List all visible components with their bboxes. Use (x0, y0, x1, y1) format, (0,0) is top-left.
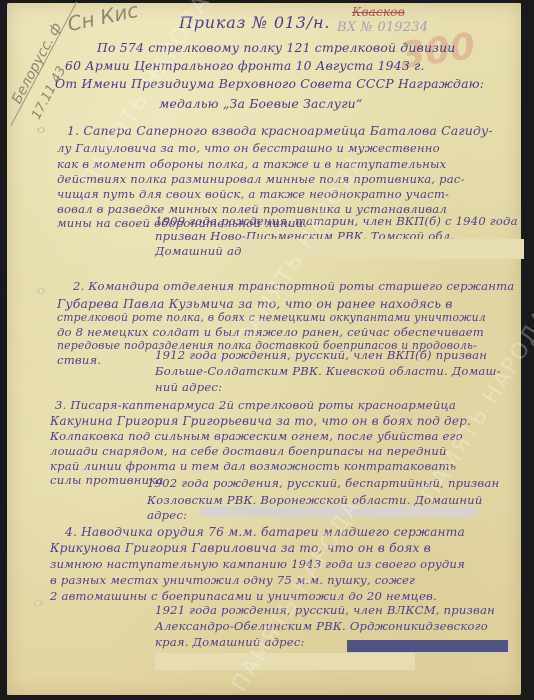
header-line-3: От Имени Президиума Верховного Совета СС… (55, 76, 484, 91)
scan-border (0, 695, 534, 700)
header-line-1: По 574 стрелковому полку 121 стрелковой … (97, 40, 455, 55)
entry-3-line: Колпаковка под сильным вражеским огнем, … (50, 429, 463, 443)
entry-4-line: 2 автомашины с боеприпасами и уничтожил … (50, 589, 437, 603)
entry-4-line: 4. Наводчика орудия 76 м.м. батареи млад… (65, 525, 465, 539)
entry-2-line: до 8 немецких солдат и был тяжело ранен,… (57, 325, 484, 339)
header-line-4: медалью „За Боевые Заслуги“ (159, 96, 362, 111)
punch-hole (34, 600, 42, 606)
punch-hole (37, 288, 45, 294)
entry-4-line: зимнюю наступательную кампанию 1943 года… (50, 557, 465, 571)
struck-name: Квасков (352, 5, 405, 19)
entry-3-line: Какунина Григория Григорьевича за то, чт… (50, 414, 471, 428)
entry-3-line: край линии фронта и тем дал возможность … (50, 459, 456, 473)
entry-3-bio: адрес: (147, 508, 187, 522)
entry-1-line: действиях полка разминировал минные поля… (57, 172, 465, 186)
entry-2-line: ствия. (57, 353, 101, 367)
entry-3-line: 3. Писаря-каптенармуса 2й стрелковой рот… (55, 398, 456, 412)
entry-4-bio: 1921 года рождения, русский, член ВЛКСМ,… (155, 603, 495, 617)
entry-4-line: в разных местах уничтожил одну 75 м.м. п… (50, 573, 415, 587)
punch-hole (37, 127, 45, 133)
entry-2-bio: 1912 года рождения, русский, член ВКП(б)… (155, 348, 487, 362)
entry-4-line: Крикунова Григория Гавриловича за то, чт… (50, 541, 431, 555)
entry-2-bio: ний адрес: (155, 380, 222, 394)
archive-number: ВХ № 019234 (337, 20, 428, 35)
redacted-address-4-dark (347, 640, 508, 652)
header-line-2: 60 Армии Центрального фронта 10 Августа … (65, 58, 425, 73)
entry-2-bio: Больше-Солдатским РВК. Киевской области.… (155, 364, 501, 378)
entry-3-line: лошади снарядом, на себе доставил боепри… (50, 444, 447, 458)
document-scan: Сн Кис Белорусс. ф 17.11.43 Квасков ВХ №… (0, 0, 534, 700)
entry-4-bio: Александро-Обелинским РВК. Орджоникидзев… (155, 619, 488, 633)
margin-note-top: Сн Кис (65, 0, 140, 36)
entry-1-line: чищая путь для своих войск, а также неод… (57, 187, 449, 201)
paper-sheet: Сн Кис Белорусс. ф 17.11.43 Квасков ВХ №… (7, 3, 521, 695)
redacted-address-4-light (155, 653, 415, 670)
